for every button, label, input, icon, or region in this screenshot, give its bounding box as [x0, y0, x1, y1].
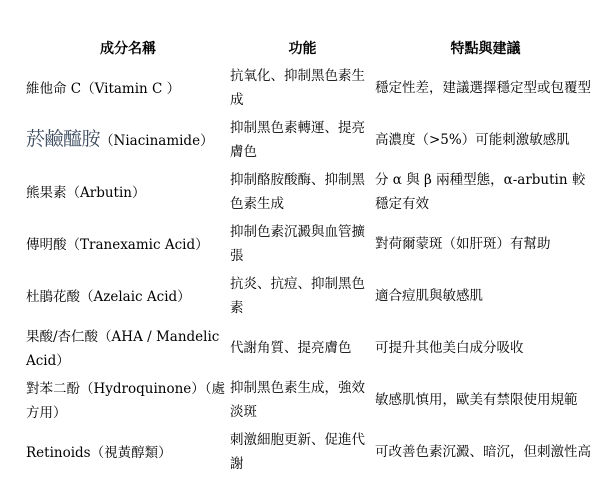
whitening-ingredients-table: 成分名稱 功能 特點與建議 維他命 C（Vitamin C ） 抗氧化、抑制黑色…	[26, 36, 596, 478]
ingredient-notes: 適合痘肌與敏感肌	[375, 270, 596, 322]
ingredient-function: 抑制黑色素生成，強效淡斑	[230, 374, 375, 426]
table-row: 菸鹼醯胺（Niacinamide） 抑制黑色素轉運、提亮膚色 高濃度（>5%）可…	[26, 114, 596, 166]
table-row: 傳明酸（Tranexamic Acid） 抑制色素沉澱與血管擴張 對荷爾蒙斑（如…	[26, 218, 596, 270]
ingredient-name: 果酸/杏仁酸（AHA / Mandelic Acid）	[26, 329, 219, 369]
ingredient-name-cell: 熊果素（Arbutin）	[26, 166, 230, 218]
ingredient-function: 抑制黑色素轉運、提亮膚色	[230, 114, 375, 166]
table-row: Retinoids（視黃醇類） 刺激細胞更新、促進代謝 可改善色素沉澱、暗沉，但…	[26, 426, 596, 478]
ingredient-name-cell: 維他命 C（Vitamin C ）	[26, 62, 230, 114]
ingredient-function: 抗炎、抗痘、抑制黑色素	[230, 270, 375, 322]
ingredient-function: 抑制酪胺酸酶、抑制黑色素生成	[230, 166, 375, 218]
ingredient-notes: 穩定性差，建議選擇穩定型或包覆型	[375, 62, 596, 114]
ingredient-name: 熊果素（Arbutin）	[26, 185, 145, 201]
ingredient-notes: 對荷爾蒙斑（如肝斑）有幫助	[375, 218, 596, 270]
ingredient-name-cell: 菸鹼醯胺（Niacinamide）	[26, 114, 230, 166]
ingredient-notes: 可改善色素沉澱、暗沉，但刺激性高	[375, 426, 596, 478]
ingredient-name: 傳明酸（Tranexamic Acid）	[26, 237, 209, 253]
header-notes: 特點與建議	[375, 36, 596, 62]
ingredient-name-cell: 傳明酸（Tranexamic Acid）	[26, 218, 230, 270]
header-function: 功能	[230, 36, 375, 62]
ingredient-name-cell: 果酸/杏仁酸（AHA / Mandelic Acid）	[26, 322, 230, 374]
ingredient-name-highlight: 菸鹼醯胺	[26, 128, 100, 150]
ingredient-name-cell: 杜鵑花酸（Azelaic Acid）	[26, 270, 230, 322]
ingredient-name: 對苯二酚（Hydroquinone）（處方用）	[26, 381, 225, 421]
ingredient-notes: 可提升其他美白成分吸收	[375, 322, 596, 374]
ingredient-notes: 敏感肌慎用，歐美有禁限使用規範	[375, 374, 596, 426]
ingredient-name-cell: Retinoids（視黃醇類）	[26, 426, 230, 478]
ingredient-name: 維他命 C（Vitamin C ）	[26, 81, 180, 97]
table-row: 熊果素（Arbutin） 抑制酪胺酸酶、抑制黑色素生成 分 α 與 β 兩種型態…	[26, 166, 596, 218]
ingredient-function: 抑制色素沉澱與血管擴張	[230, 218, 375, 270]
table-row: 杜鵑花酸（Azelaic Acid） 抗炎、抗痘、抑制黑色素 適合痘肌與敏感肌	[26, 270, 596, 322]
ingredient-notes: 高濃度（>5%）可能刺激敏感肌	[375, 114, 596, 166]
ingredient-name-cell: 對苯二酚（Hydroquinone）（處方用）	[26, 374, 230, 426]
ingredient-function: 代謝角質、提亮膚色	[230, 322, 375, 374]
table-row: 維他命 C（Vitamin C ） 抗氧化、抑制黑色素生成 穩定性差，建議選擇穩…	[26, 62, 596, 114]
ingredient-name: （Niacinamide）	[100, 133, 214, 149]
ingredient-function: 刺激細胞更新、促進代謝	[230, 426, 375, 478]
table-header-row: 成分名稱 功能 特點與建議	[26, 36, 596, 62]
ingredient-notes: 分 α 與 β 兩種型態，α-arbutin 較穩定有效	[375, 166, 596, 218]
ingredient-name: Retinoids（視黃醇類）	[26, 445, 172, 461]
header-ingredient-name: 成分名稱	[26, 36, 230, 62]
table-row: 果酸/杏仁酸（AHA / Mandelic Acid） 代謝角質、提亮膚色 可提…	[26, 322, 596, 374]
ingredient-name: 杜鵑花酸（Azelaic Acid）	[26, 289, 191, 305]
table-row: 對苯二酚（Hydroquinone）（處方用） 抑制黑色素生成，強效淡斑 敏感肌…	[26, 374, 596, 426]
ingredient-function: 抗氧化、抑制黑色素生成	[230, 62, 375, 114]
